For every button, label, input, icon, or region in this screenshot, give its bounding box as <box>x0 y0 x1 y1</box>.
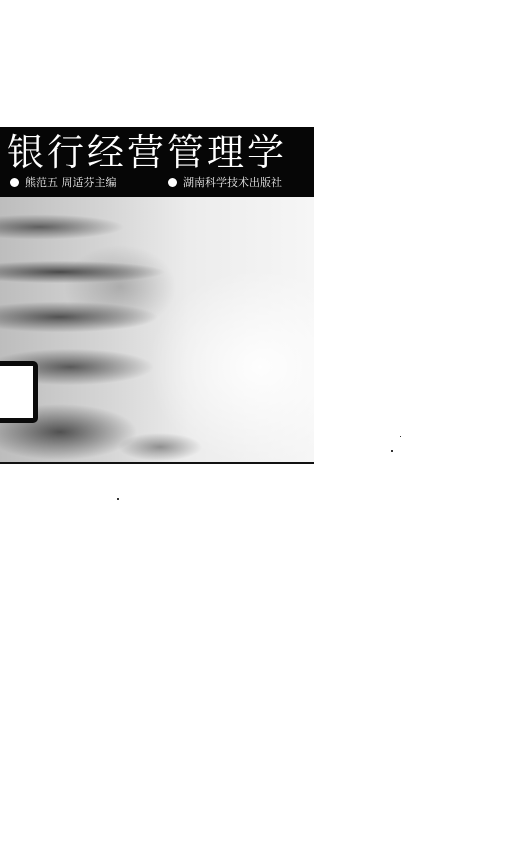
bullet-icon <box>168 178 177 187</box>
scan-speck <box>391 450 393 452</box>
publisher-line: 湖南科学技术出版社 <box>168 176 282 190</box>
title-band: 银行经营管理学 熊范五 周适芬主编 湖南科学技术出版社 <box>0 127 314 197</box>
scan-speck <box>117 498 119 500</box>
authors: 熊范五 周适芬主编 <box>25 176 117 189</box>
cover-artwork <box>0 197 314 464</box>
publisher: 湖南科学技术出版社 <box>183 176 282 189</box>
scan-speck <box>400 436 401 437</box>
cover-bottom-edge <box>0 462 314 464</box>
cover-label-box <box>0 361 38 423</box>
book-title: 银行经营管理学 <box>7 132 287 174</box>
book-cover: 银行经营管理学 熊范五 周适芬主编 湖南科学技术出版社 <box>0 127 314 464</box>
bullet-icon <box>10 178 19 187</box>
authors-line: 熊范五 周适芬主编 <box>10 176 117 190</box>
